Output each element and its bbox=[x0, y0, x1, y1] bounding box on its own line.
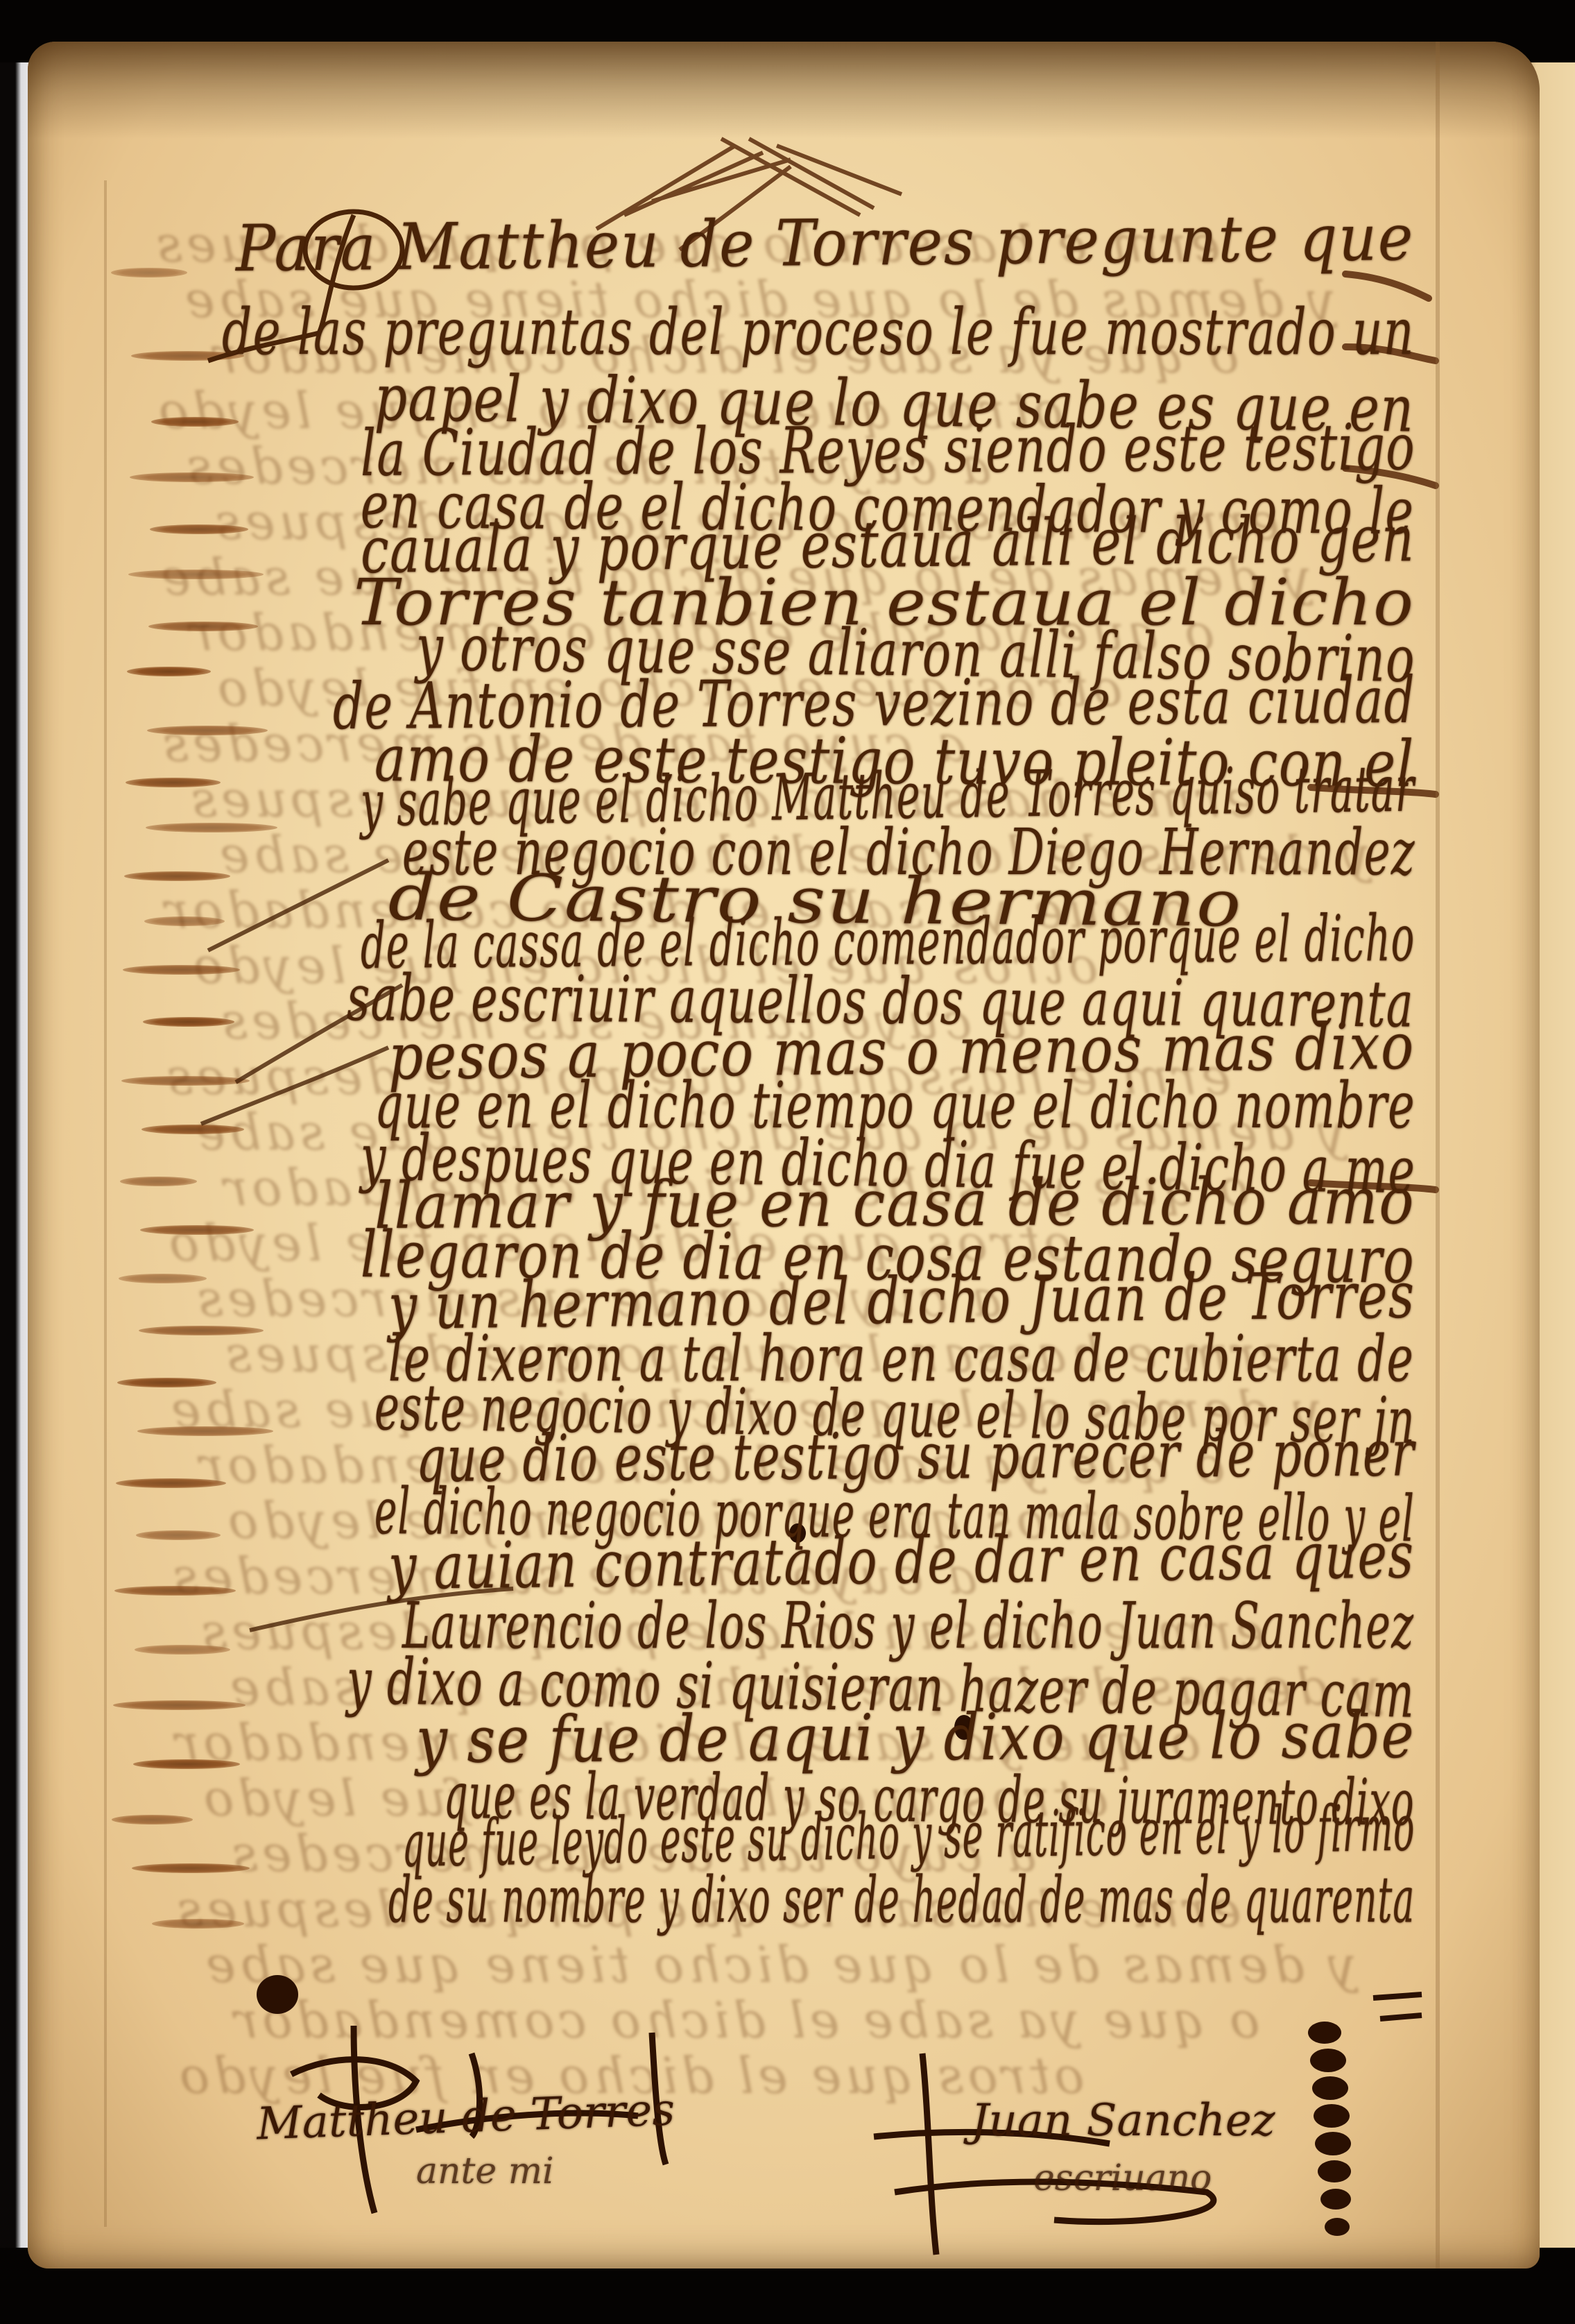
right-signature-rubric bbox=[874, 2053, 1214, 2255]
rubric-chain-flourish bbox=[1308, 2022, 1351, 2236]
manuscript-line: de las preguntas del proceso le fue most… bbox=[222, 295, 1415, 369]
signature-left-note: ante mi bbox=[416, 2151, 554, 2192]
signature-right: Juan Sanchez bbox=[971, 2095, 1275, 2146]
manuscript-line: de su nombre y dixo ser de hedad de mas … bbox=[388, 1863, 1415, 1937]
manuscript-line: Para Mattheu de Torres pregunte que bbox=[236, 200, 1415, 286]
signature-right-note: escriuano bbox=[1033, 2158, 1212, 2199]
manuscript-page: erm e hassan lo que porque despuesy dema… bbox=[28, 42, 1540, 2269]
rubric-side-strokes bbox=[1373, 1994, 1422, 2019]
